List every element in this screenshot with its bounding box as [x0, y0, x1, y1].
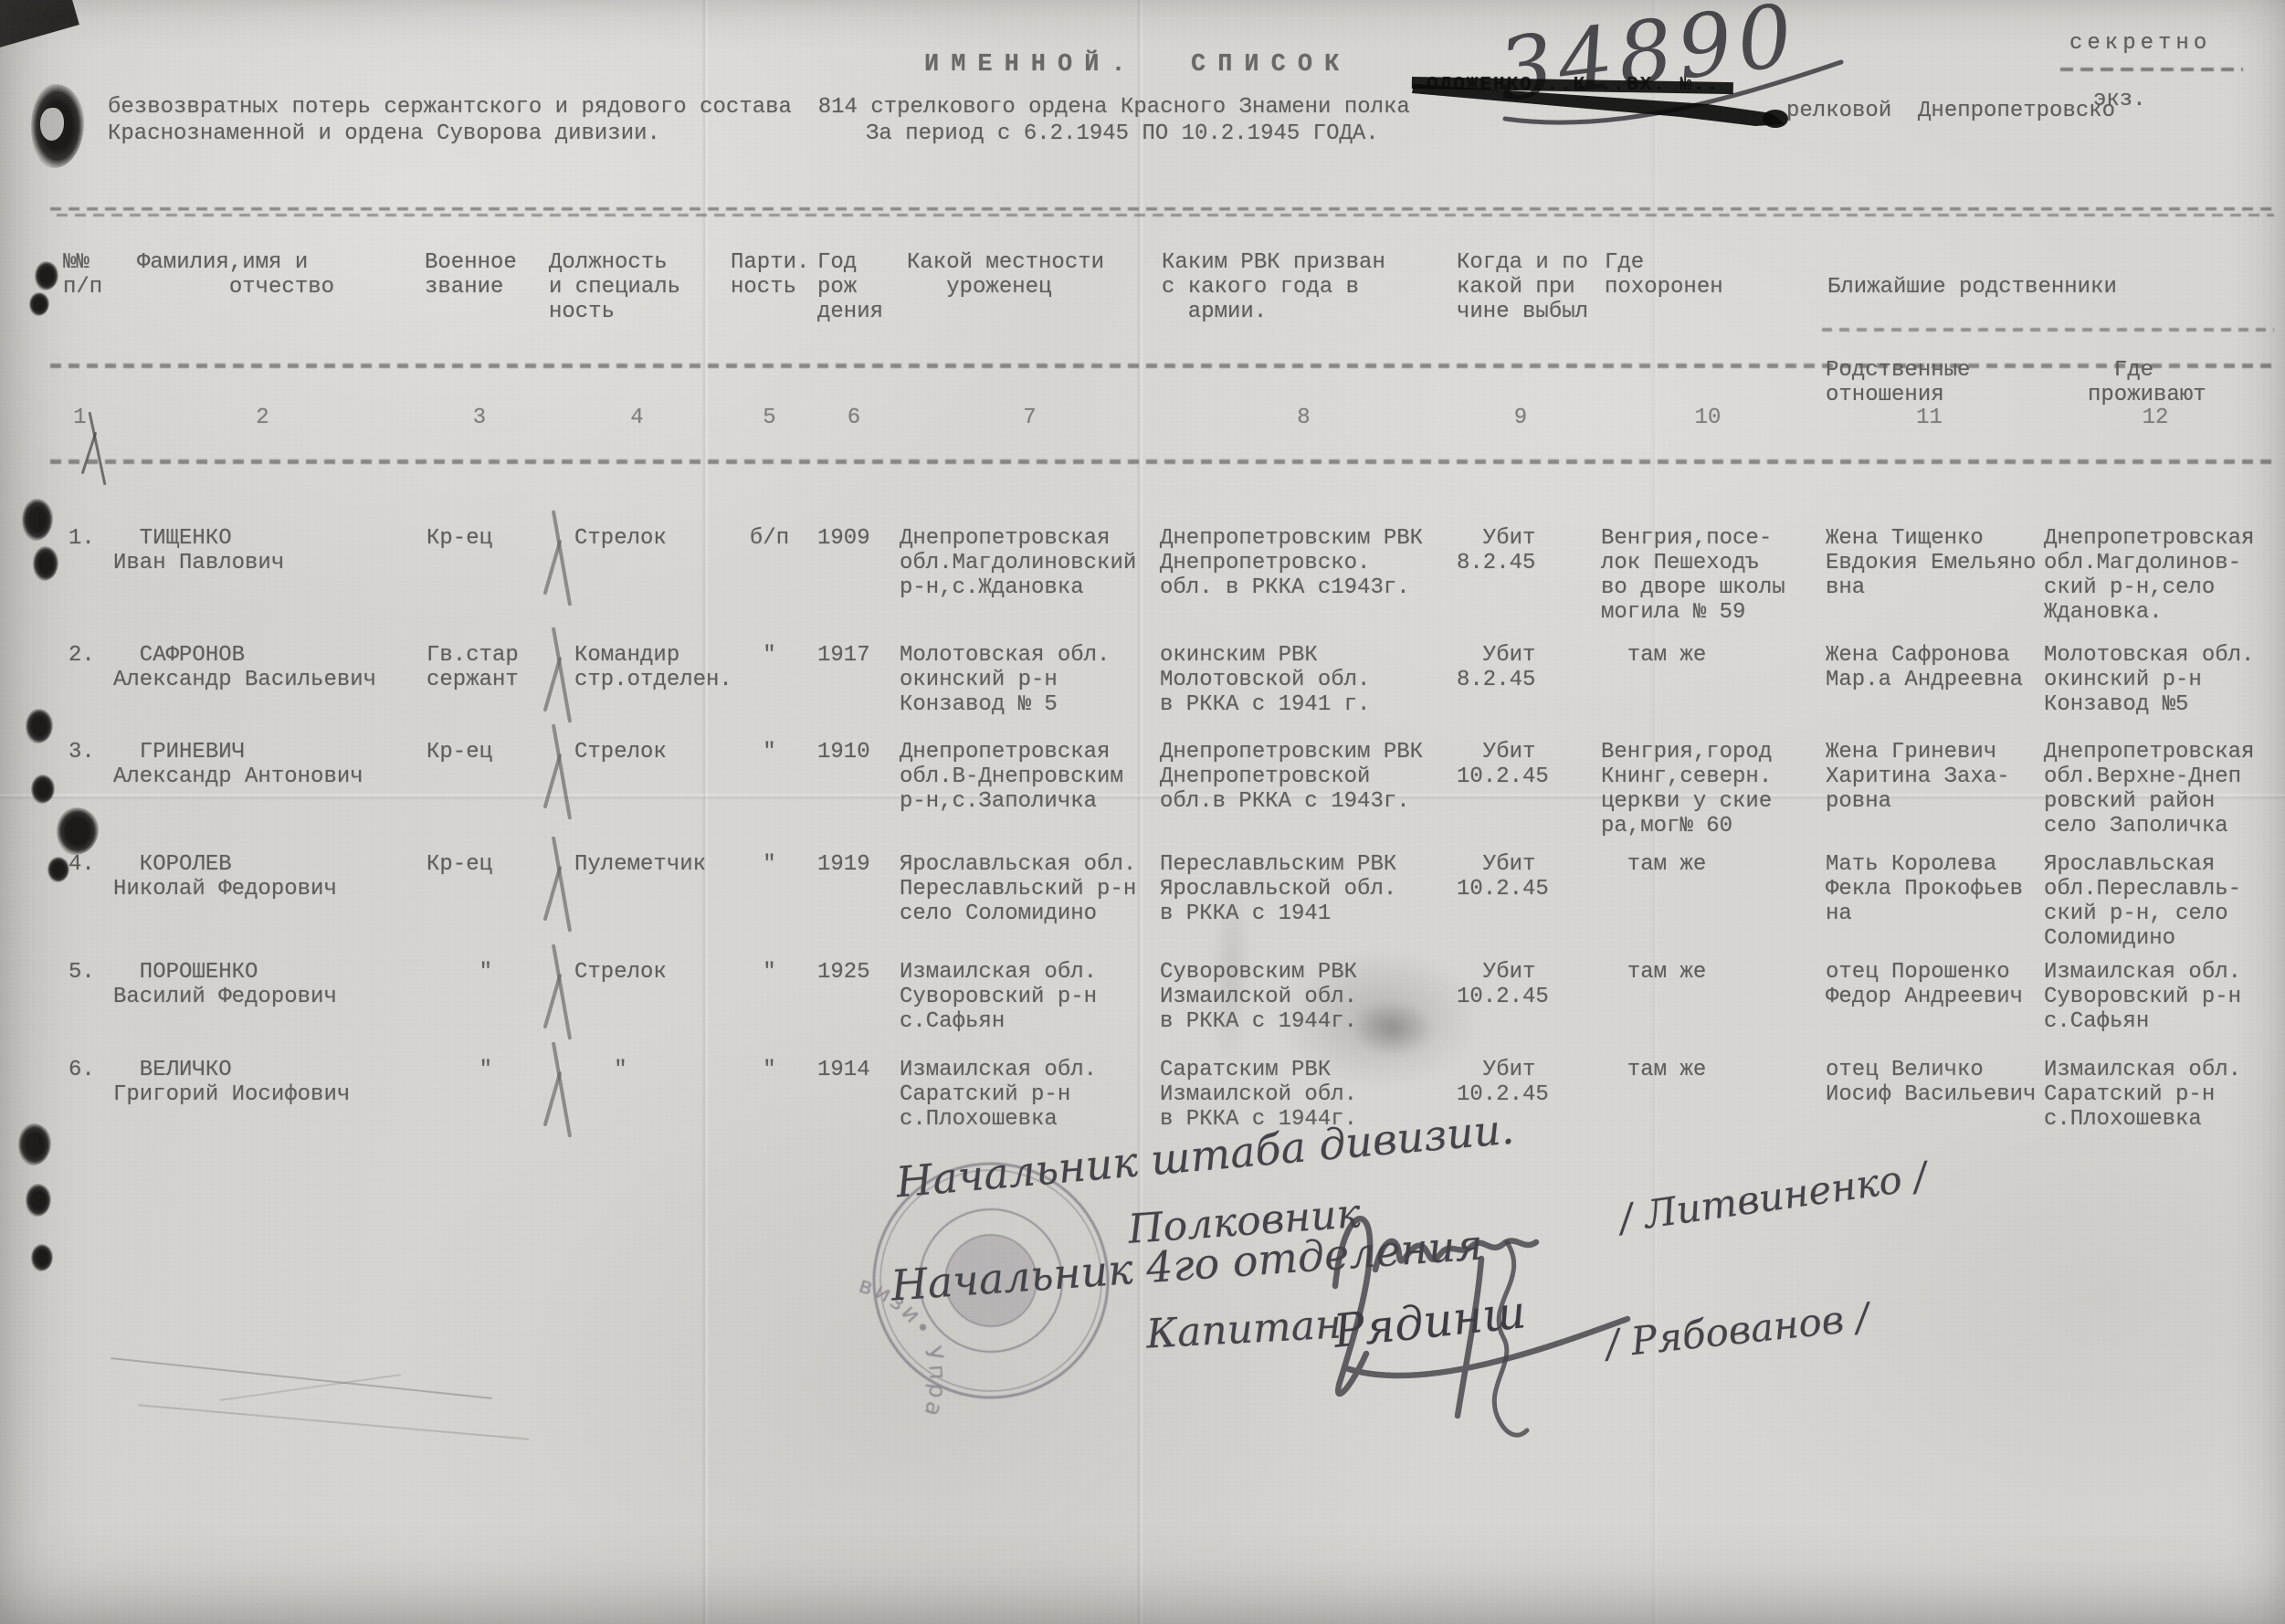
table-cell: там же [1594, 643, 1822, 740]
table-cell: Измаилская обл. Суворовский р-н с.Сафьян [2037, 960, 2274, 1058]
table-row: 5. ПОРОШЕНКО Василий Федорович "Стрелок"… [50, 960, 2274, 1058]
table-cell: " [543, 1058, 731, 1195]
table-cell: 1910 [808, 740, 900, 852]
table-cell: 1. [50, 526, 110, 643]
table-row: 4. КОРОЛЕВ Николай ФедоровичКр-ецПулемет… [50, 852, 2274, 960]
table-cell: ПОРОШЕНКО Василий Федорович [110, 960, 416, 1058]
table-cell: " [416, 1058, 543, 1195]
table-cell: " [416, 960, 543, 1058]
divider [1822, 328, 2274, 332]
group-header-title: Ближайшие родственники [1822, 275, 2274, 300]
table-cell: " [731, 643, 808, 740]
table-cell: Измаилская обл. Саратский р-н с.Плохошев… [2037, 1058, 2274, 1195]
handwritten-checkmark [542, 947, 582, 1042]
column-number: 10 [1594, 406, 1822, 435]
punch-hole [31, 1244, 53, 1271]
table-cell: Командир стр.отделен. [543, 643, 731, 740]
table-cell: Кр-ец [416, 526, 543, 643]
table-cell: 4. [50, 852, 110, 960]
table-cell: 1917 [808, 643, 900, 740]
table-cell: Ярославльская обл. Переславльский р-н се… [900, 852, 1160, 960]
table-cell: Стрелок [543, 960, 731, 1058]
punch-hole [26, 1184, 51, 1217]
table-cell: " [731, 740, 808, 852]
reporting-period: За период с 6.2.1945 ПО 10.2.1945 ГОДА. [866, 121, 1379, 146]
column-numbers-row: 1 2 3 4 5 6 7 8 9 10 11 12 [50, 406, 2274, 435]
punch-hole [26, 709, 53, 743]
table-border-top [50, 207, 2274, 216]
captain-signature: Рядинш [1332, 1285, 1529, 1358]
table-cell: Венгрия,посе- лок Пешеходъ во дворе школ… [1594, 526, 1822, 643]
punch-hole [18, 1123, 51, 1165]
table-cell: Днепропетровским РВК Днепропетровско. об… [1160, 526, 1448, 643]
table-cell: окинским РВК Молотовской обл. в РККА с 1… [1160, 643, 1448, 740]
subtitle-line1: безвозвратных потерь сержантского и рядо… [108, 95, 1410, 120]
table-cell: Жена Тищенко Евдокия Емельяно вна [1822, 526, 2037, 643]
table-cell: Днепропетровская обл.Магдолинов- ский р-… [2037, 526, 2274, 643]
handwritten-checkmark [542, 727, 582, 822]
table-cell: Убит 10.2.45 [1448, 852, 1594, 960]
divider [2060, 68, 2243, 71]
table-cell: Убит 10.2.45 [1448, 960, 1594, 1058]
table-cell: 1925 [808, 960, 900, 1058]
table-header-row: №№ п/п Фамилия,имя и отчество Военное зв… [50, 250, 2274, 339]
table-cell: Жена Гриневич Харитина Заха- ровна [1822, 740, 2037, 852]
table-row: 2. САФРОНОВ Александр ВасильевичГв.стар … [50, 643, 2274, 740]
table-cell: 6. [50, 1058, 110, 1195]
handwritten-number: 34890 [1493, 0, 1804, 121]
column-number: 4 [543, 406, 731, 435]
table-cell: Днепропетровским РВК Днепропетровской об… [1160, 740, 1448, 852]
scratch-mark [138, 1404, 530, 1439]
column-number: 5 [731, 406, 808, 435]
table-cell: Кр-ец [416, 852, 543, 960]
captain-rank: Капитан [1145, 1301, 1343, 1357]
table-cell: там же [1594, 960, 1822, 1058]
table-cell: 1919 [808, 852, 900, 960]
table-cell: " [731, 1058, 808, 1195]
table-cell: Пулеметчик [543, 852, 731, 960]
table-cell: Днепропетровская обл.Магдолиновский р-н,… [900, 526, 1160, 643]
table-cell: Измаилская обл. Суворовский р-н с.Сафьян [900, 960, 1160, 1058]
table-row: 1. ТИЩЕНКО Иван ПавловичКр-ецСтрелокб/п1… [50, 526, 2274, 643]
classification-label: секретно [2069, 31, 2211, 56]
column-number: 11 [1822, 406, 2037, 435]
column-number: 8 [1160, 406, 1448, 435]
table-cell: Кр-ец [416, 740, 543, 852]
table-cell: там же [1594, 852, 1822, 960]
scanned-document: секретно экз. 34890 ИМЕННОЙ. СПИСОК ОЛОЖ… [0, 0, 2285, 1624]
table-cell: Стрелок [543, 740, 731, 852]
scan-corner-shadow [0, 0, 79, 50]
table-cell: Ярославльская обл.Переславль- ский р-н, … [2037, 852, 2274, 960]
table-cell: Убит 8.2.45 [1448, 643, 1594, 740]
pen-checkmark [80, 413, 117, 486]
column-number: 7 [900, 406, 1160, 435]
table-row: 3. ГРИНЕВИЧ Александр АнтоновичКр-ецСтре… [50, 740, 2274, 852]
table-cell: Суворовским РВК Измаилской обл. в РККА с… [1160, 960, 1448, 1058]
handwritten-checkmark [542, 630, 582, 725]
punch-hole [29, 292, 49, 316]
table-cell: 1914 [808, 1058, 900, 1195]
table-cell: Днепропетровская обл.Верхне-Днеп ровский… [2037, 740, 2274, 852]
table-cell: Днепропетровская обл.В-Днепровским р-н,с… [900, 740, 1160, 852]
table-cell: " [731, 960, 808, 1058]
table-cell: ВЕЛИЧКО Григорий Иосифович [110, 1058, 416, 1195]
captain-name: / Рябованов / [1604, 1294, 1870, 1366]
table-cell: КОРОЛЕВ Николай Федорович [110, 852, 416, 960]
table-cell: Убит 8.2.45 [1448, 526, 1594, 643]
column-number: 12 [2037, 406, 2274, 435]
table-cell: Убит 10.2.45 [1448, 740, 1594, 852]
table-cell: Стрелок [543, 526, 731, 643]
table-cell: 2. [50, 643, 110, 740]
table-cell: Гв.стар сержант [416, 643, 543, 740]
table-cell: ГРИНЕВИЧ Александр Антонович [110, 740, 416, 852]
casualty-table: №№ п/п Фамилия,имя и отчество Военное зв… [50, 183, 2274, 1219]
punch-hole [22, 499, 53, 541]
table-cell: Молотовская обл. окинский р-н Конзавод №… [2037, 643, 2274, 740]
scratch-mark [111, 1357, 492, 1399]
table-cell: 3. [50, 740, 110, 852]
handwritten-checkmark [542, 513, 582, 608]
divider [50, 459, 2274, 464]
table-cell: отец Порошенко Федор Андреевич [1822, 960, 2037, 1058]
table-cell: Венгрия,город Книнг,северн. церкви у ски… [1594, 740, 1822, 852]
table-cell: Жена Сафронова Мар.а Андреевна [1822, 643, 2037, 740]
column-number: 9 [1448, 406, 1594, 435]
subtitle-line1-continued: релковой Днепропетровско [1786, 99, 2115, 123]
handwritten-checkmark [542, 1045, 582, 1140]
table-cell: " [731, 852, 808, 960]
column-number: 2 [110, 406, 416, 435]
table-cell: б/п [731, 526, 808, 643]
table-cell: Молотовская обл. окинский р-н Конзавод №… [900, 643, 1160, 740]
table-cell: Мать Королева Фекла Прокофьев на [1822, 852, 2037, 960]
table-cell: 1909 [808, 526, 900, 643]
table-body: 1. ТИЩЕНКО Иван ПавловичКр-ецСтрелокб/п1… [50, 526, 2274, 1195]
column-number: 6 [808, 406, 900, 435]
divider [50, 364, 2274, 368]
scratch-mark [220, 1374, 401, 1401]
registry-stamp-text: ОЛОЖЕНКО ..К ..ВХ. №.. [1427, 73, 1720, 98]
handwritten-checkmark [542, 839, 582, 934]
column-number: 3 [416, 406, 543, 435]
table-cell: 5. [50, 960, 110, 1058]
table-cell: ТИЩЕНКО Иван Павлович [110, 526, 416, 643]
document-title: ИМЕННОЙ. СПИСОК [924, 53, 1351, 78]
table-cell: Переславльским РВК Ярославльской обл. в … [1160, 852, 1448, 960]
subtitle-line2: Краснознаменной и ордена Суворова дивизи… [108, 121, 660, 146]
table-cell: САФРОНОВ Александр Васильевич [110, 643, 416, 740]
